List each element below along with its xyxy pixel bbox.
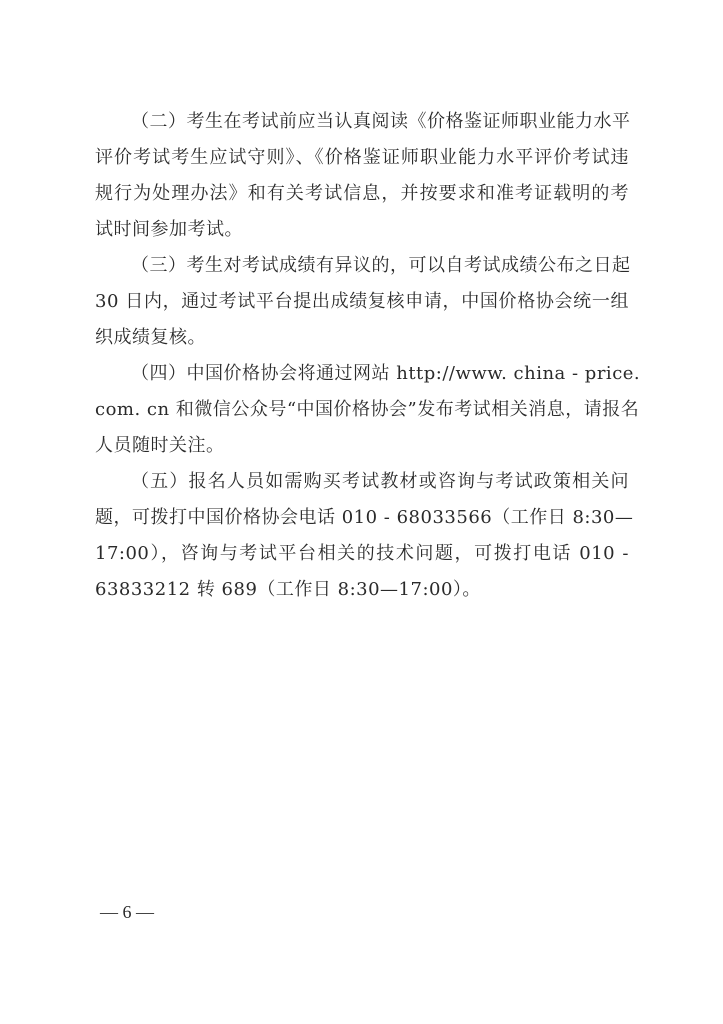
text-line: 30 日内，通过考试平台提出成绩复核申请，中国价格协会统一组 — [95, 284, 629, 320]
paragraph-item-5: （五）报名人员如需购买考试教材或咨询与考试政策相关问 题，可拨打中国价格协会电话… — [95, 464, 629, 608]
text-line: （二）考生在考试前应当认真阅读《价格鉴证师职业能力水平 — [95, 104, 629, 140]
text-line-with-url: （四）中国价格协会将通过网站 http://www. china - price… — [95, 356, 629, 392]
text-line: （五）报名人员如需购买考试教材或咨询与考试政策相关问 — [95, 464, 629, 500]
document-page: （二）考生在考试前应当认真阅读《价格鉴证师职业能力水平 评价考试考生应试守则》、… — [0, 0, 723, 1024]
text-line-phone: 题，可拨打中国价格协会电话 010 - 68033566（工作日 8:30— — [95, 500, 629, 536]
paragraph-item-4: （四）中国价格协会将通过网站 http://www. china - price… — [95, 356, 629, 464]
text-line-phone: 63833212 转 689（工作日 8:30—17:00）。 — [95, 572, 629, 608]
page-number: — 6 — — [100, 898, 154, 926]
text-line: 规行为处理办法》和有关考试信息，并按要求和准考证载明的考 — [95, 176, 629, 212]
text-line: 试时间参加考试。 — [95, 212, 629, 248]
text-line: 人员随时关注。 — [95, 428, 629, 464]
document-body: （二）考生在考试前应当认真阅读《价格鉴证师职业能力水平 评价考试考生应试守则》、… — [95, 104, 629, 608]
paragraph-item-2: （二）考生在考试前应当认真阅读《价格鉴证师职业能力水平 评价考试考生应试守则》、… — [95, 104, 629, 248]
paragraph-item-3: （三）考生对考试成绩有异议的，可以自考试成绩公布之日起 30 日内，通过考试平台… — [95, 248, 629, 356]
text-line: 织成绩复核。 — [95, 320, 629, 356]
text-line: com. cn 和微信公众号“中国价格协会”发布考试相关消息，请报名 — [95, 392, 629, 428]
text-line-phone: 17:00），咨询与考试平台相关的技术问题，可拨打电话 010 - — [95, 536, 629, 572]
text-line: （三）考生对考试成绩有异议的，可以自考试成绩公布之日起 — [95, 248, 629, 284]
text-line: 评价考试考生应试守则》、《价格鉴证师职业能力水平评价考试违 — [95, 140, 629, 176]
